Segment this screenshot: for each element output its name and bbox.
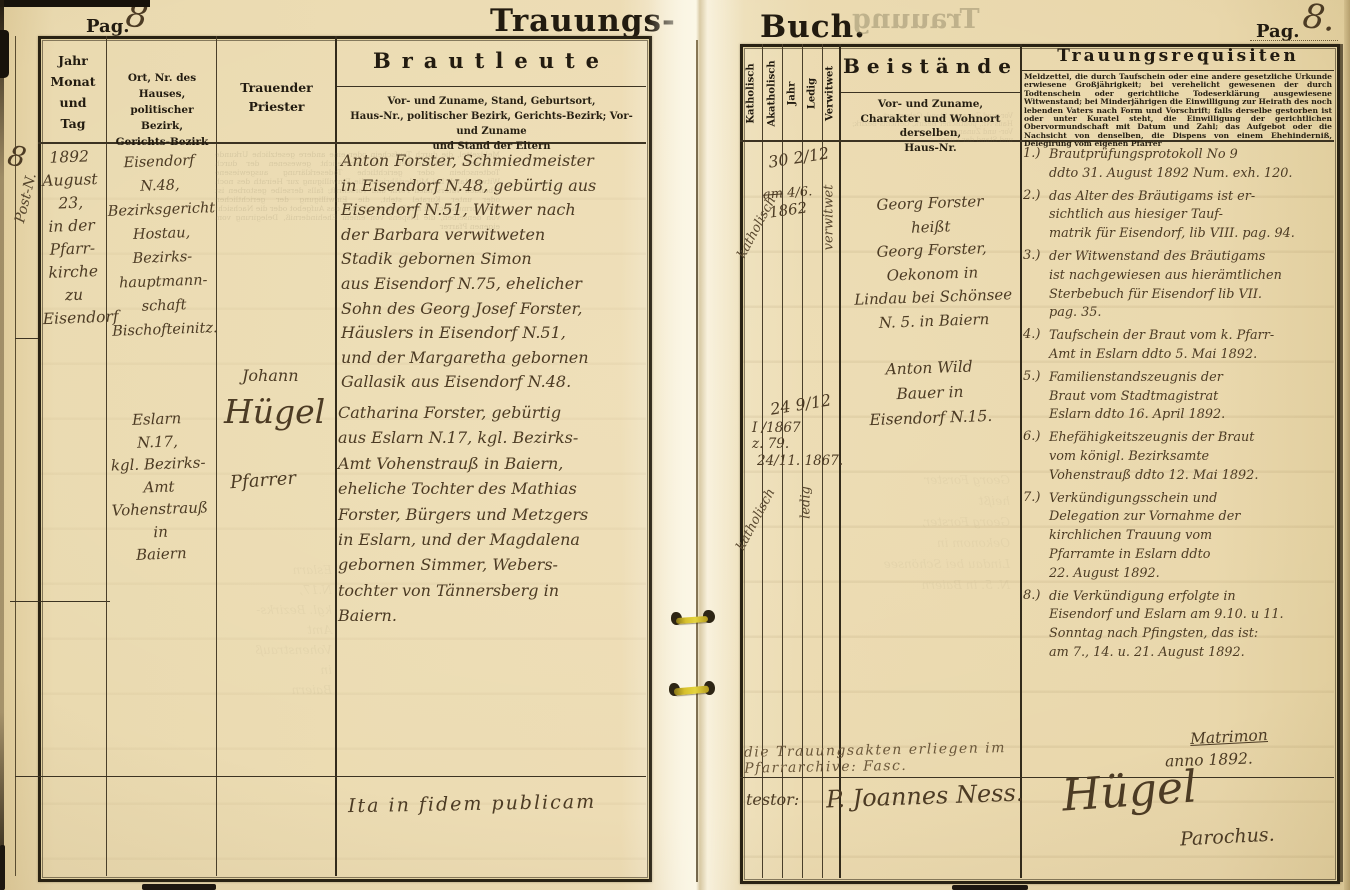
requisite-text: Brautprüfungsprotokoll No 9 ddto 31. Aug… [1049, 146, 1336, 184]
requisite-number: 7.) [1023, 490, 1047, 505]
requisite-text: Taufschein der Braut vom k. Pfarr- Amt i… [1049, 327, 1336, 365]
binding-thread [676, 616, 708, 624]
scan-edge-top [0, 0, 150, 7]
header-place-column: Ort, Nr. des Hauses, politischer Bezirk,… [108, 70, 216, 150]
scan-edge-smudge [142, 884, 216, 890]
header-witness-subtitle: Vor- und Zuname, Charakter und Wohnort d… [843, 97, 1018, 155]
scan-edge-smudge [952, 885, 1028, 890]
entry-date: 1892 August 23, in der Pfarr- kirche zu … [37, 145, 107, 331]
requisite-number: 6.) [1023, 429, 1047, 444]
requisites-list: 1.) Brautprüfungsprotokoll No 9 ddto 31.… [1023, 146, 1336, 663]
entry-attestation: Ita in fidem publicam [348, 791, 596, 817]
entry-priest-last-name: Hügel [224, 392, 325, 431]
register-scan: Trauungs- Buch. Trauung Pag. 8 Pag. 8. P… [0, 0, 1350, 890]
right-bottom-row-line [740, 777, 1334, 778]
left-col-line-2 [216, 36, 217, 876]
groom-birth-prefix: am [763, 186, 784, 202]
requisite-text: Familienstandszeugnis der Braut vom Stad… [1049, 369, 1336, 425]
entry-priest-first-name: Johann [242, 366, 299, 385]
testor-label: testor: [746, 790, 799, 809]
header-status-katholisch: Katholisch [746, 50, 757, 138]
requisite-number: 1.) [1023, 146, 1047, 161]
requisite-item: 2.) das Alter des Bräutigams ist er- sic… [1023, 188, 1336, 244]
header-couple-title: Brautleute [337, 48, 646, 73]
header-priest-column: Trauender Priester [218, 78, 335, 116]
left-col-line-3 [335, 36, 337, 876]
header-status-ledig: Ledig [807, 50, 818, 138]
right-page-number-label: Pag. [1256, 21, 1300, 42]
header-requisites-title: Trauungsrequisiten [1022, 46, 1334, 66]
groom-status: verwitwet [822, 153, 837, 283]
requisite-text: das Alter des Bräutigams ist er- sichtli… [1049, 188, 1336, 244]
page-stack-edge [1340, 44, 1343, 882]
bleed-through-title-ghost: Trauung [852, 4, 980, 35]
entry-groom-text: Anton Forster, Schmiedmeister in Eisendo… [341, 149, 647, 395]
requisite-text: Ehefähigkeitszeugnis der Braut vom könig… [1049, 429, 1336, 485]
requisite-item: 8.) die Verkündigung erfolgte in Eisendo… [1023, 588, 1336, 663]
margin-divider-2 [10, 601, 110, 602]
requisite-text: Verkündigungsschein und Delegation zur V… [1049, 490, 1336, 584]
binding-seam [696, 40, 698, 882]
requisite-item: 7.) Verkündigungsschein und Delegation z… [1023, 490, 1336, 584]
margin-divider-1 [15, 338, 38, 339]
requisite-item: 5.) Familienstandszeugnis der Braut vom … [1023, 369, 1336, 425]
brautleute-divider [337, 86, 646, 87]
entry-groom-place: Eisendorf N.48, Bezirksgericht Hostau, B… [106, 148, 219, 344]
priest-signature: Hügel [1060, 761, 1198, 821]
requisite-number: 8.) [1023, 588, 1047, 603]
requisite-item: 1.) Brautprüfungsprotokoll No 9 ddto 31.… [1023, 146, 1336, 184]
scan-edge-right [1344, 0, 1350, 890]
archive-note: die Trauungsakten erliegen im Pfarrarchi… [744, 739, 1055, 776]
witness-2: Anton Wild Bauer in Eisendorf N.15. [849, 353, 1012, 434]
requisite-text: die Verkündigung erfolgte in Eisendorf u… [1049, 588, 1336, 663]
header-requisites-subtitle: Meldzettel, die durch Taufschein oder ei… [1024, 73, 1332, 149]
entry-bride-text: Catharina Forster, gebürtig aus Eslarn N… [338, 400, 644, 629]
requisite-number: 3.) [1023, 248, 1047, 263]
left-bottom-row-line [15, 776, 646, 777]
requisite-text: der Witwenstand des Bräutigams ist nachg… [1049, 248, 1336, 323]
bride-status: ledig [799, 463, 814, 543]
requisite-number: 4.) [1023, 327, 1047, 342]
requisite-item: 3.) der Witwenstand des Bräutigams ist n… [1023, 248, 1336, 323]
header-status-verwitwet: Verwitwet [825, 50, 836, 138]
header-couple-subtitle: Vor- und Zuname, Stand, Geburtsort, Haus… [340, 94, 643, 154]
header-witness-title: Beistände [841, 54, 1020, 78]
bride-record-number: I /1867 z. 79. [752, 420, 832, 452]
right-page-title: Buch. [760, 9, 866, 45]
header-status-jahr: Jahr [787, 50, 798, 138]
left-page-title: Trauungs- [490, 3, 676, 39]
requisite-item: 4.) Taufschein der Braut vom k. Pfarr- A… [1023, 327, 1336, 365]
requisites-divider [1022, 70, 1334, 71]
witness-divider [841, 92, 1020, 93]
requisite-number: 5.) [1023, 369, 1047, 384]
right-page-number: 8. [1300, 0, 1338, 40]
right-page-number-rule [1250, 40, 1338, 41]
header-date-column: Jahr Monat und Tag [40, 50, 106, 134]
scan-edge-left [0, 0, 4, 890]
scan-edge-smudge [0, 845, 5, 890]
header-status-akatholisch: Akatholisch [767, 50, 778, 138]
witness-1: Georg Forster heißt Georg Forster, Oekon… [846, 189, 1019, 336]
requisite-item: 6.) Ehefähigkeitszeugnis der Braut vom k… [1023, 429, 1336, 485]
requisite-number: 2.) [1023, 188, 1047, 203]
entry-bride-place: Eslarn N.17, kgl. Bezirks- Amt Vohenstra… [106, 406, 211, 567]
scan-edge-notch [0, 30, 9, 78]
